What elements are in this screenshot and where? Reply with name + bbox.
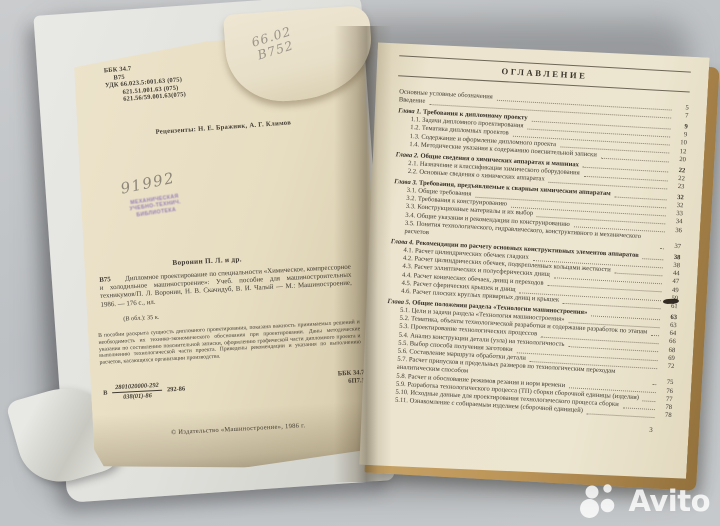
entry-code: В75 xyxy=(99,276,111,285)
toc-entry-page: 37 xyxy=(667,243,681,252)
avito-wordmark: Avito xyxy=(628,484,710,518)
price-line: (В обл.): 35 к. xyxy=(123,314,159,323)
toc-entry-text: Введение xyxy=(399,97,426,107)
annotation-paragraph: В пособии раскрыта сущность дипломного п… xyxy=(98,319,361,367)
toc-entry-page: 7 xyxy=(674,112,688,121)
dot-leader xyxy=(601,157,669,162)
dot-leader xyxy=(652,384,656,385)
toc-header: ОГЛАВЛЕНИЕ xyxy=(398,55,691,92)
handwritten-inventory-number: 91992 xyxy=(119,169,177,198)
toc-entry-label: Введение xyxy=(399,97,426,105)
toc-entry-page: 61 xyxy=(663,302,677,311)
toc-title: ОГЛАВЛЕНИЕ xyxy=(398,56,691,91)
author-heading: Воронин П. Л. и др. xyxy=(172,255,242,267)
catalog-denominator: 038(01)-86 xyxy=(112,391,162,402)
bibliographic-text: Дипломное проектирование по специальност… xyxy=(99,264,351,309)
handwritten-call-number: 66.02 В752 xyxy=(250,24,297,63)
dot-leader xyxy=(660,248,664,249)
toc-chapter-prefix: Глава 5. xyxy=(387,298,412,306)
toc-entry-page: 20 xyxy=(672,155,686,164)
toc-chapter-prefix: Глава 4. xyxy=(391,238,416,246)
bbk-bottom-line: 6П7.1 xyxy=(338,377,365,386)
toc-entry-page: 36 xyxy=(668,226,682,235)
toc-entry-page: 72 xyxy=(660,362,674,371)
dot-leader xyxy=(643,400,656,402)
avito-watermark: Avito xyxy=(579,482,710,520)
catalog-suffix: 292-86 xyxy=(167,385,185,393)
toc-page: ОГЛАВЛЕНИЕ Основные условные обозначения… xyxy=(354,39,709,483)
toc-entry-page: 78 xyxy=(657,412,671,421)
reviewers-line: Рецензенты: Н. Е. Бражник, А. Г. Климов xyxy=(155,119,291,135)
bbk-bottom-block: ББК 34.7 6П7.1 xyxy=(338,369,365,386)
bibliographic-entry: В75 Дипломное проектирование по специаль… xyxy=(99,264,352,310)
toc-chapter-prefix: Глава 3. xyxy=(394,178,419,186)
toc-list: Основные условные обозначения 5 Введение… xyxy=(382,88,689,420)
toc-chapter-prefix: Глава 2. xyxy=(396,151,421,159)
catalog-number: В 2801020000-292 038(01)-86 292-86 xyxy=(103,380,186,401)
dot-leader xyxy=(587,413,655,418)
toc-entry-page: 23 xyxy=(670,183,684,192)
copyright-line: © Издательство «Машиностроение», 1986 г. xyxy=(93,418,383,440)
avito-logo-icon xyxy=(579,482,623,520)
catalog-fraction: 2801020000-292 038(01)-86 xyxy=(112,382,162,402)
dot-leader xyxy=(651,335,659,336)
title-page: ББК 34.7 В75 УДК 66.023.5:001.63 (075) 6… xyxy=(73,31,385,476)
bbk-udk-block: ББК 34.7 В75 УДК 66.023.5:001.63 (075) 6… xyxy=(104,61,187,105)
toc-chapter-prefix: Глава 1. xyxy=(398,107,423,115)
catalog-letter: В xyxy=(103,390,108,397)
